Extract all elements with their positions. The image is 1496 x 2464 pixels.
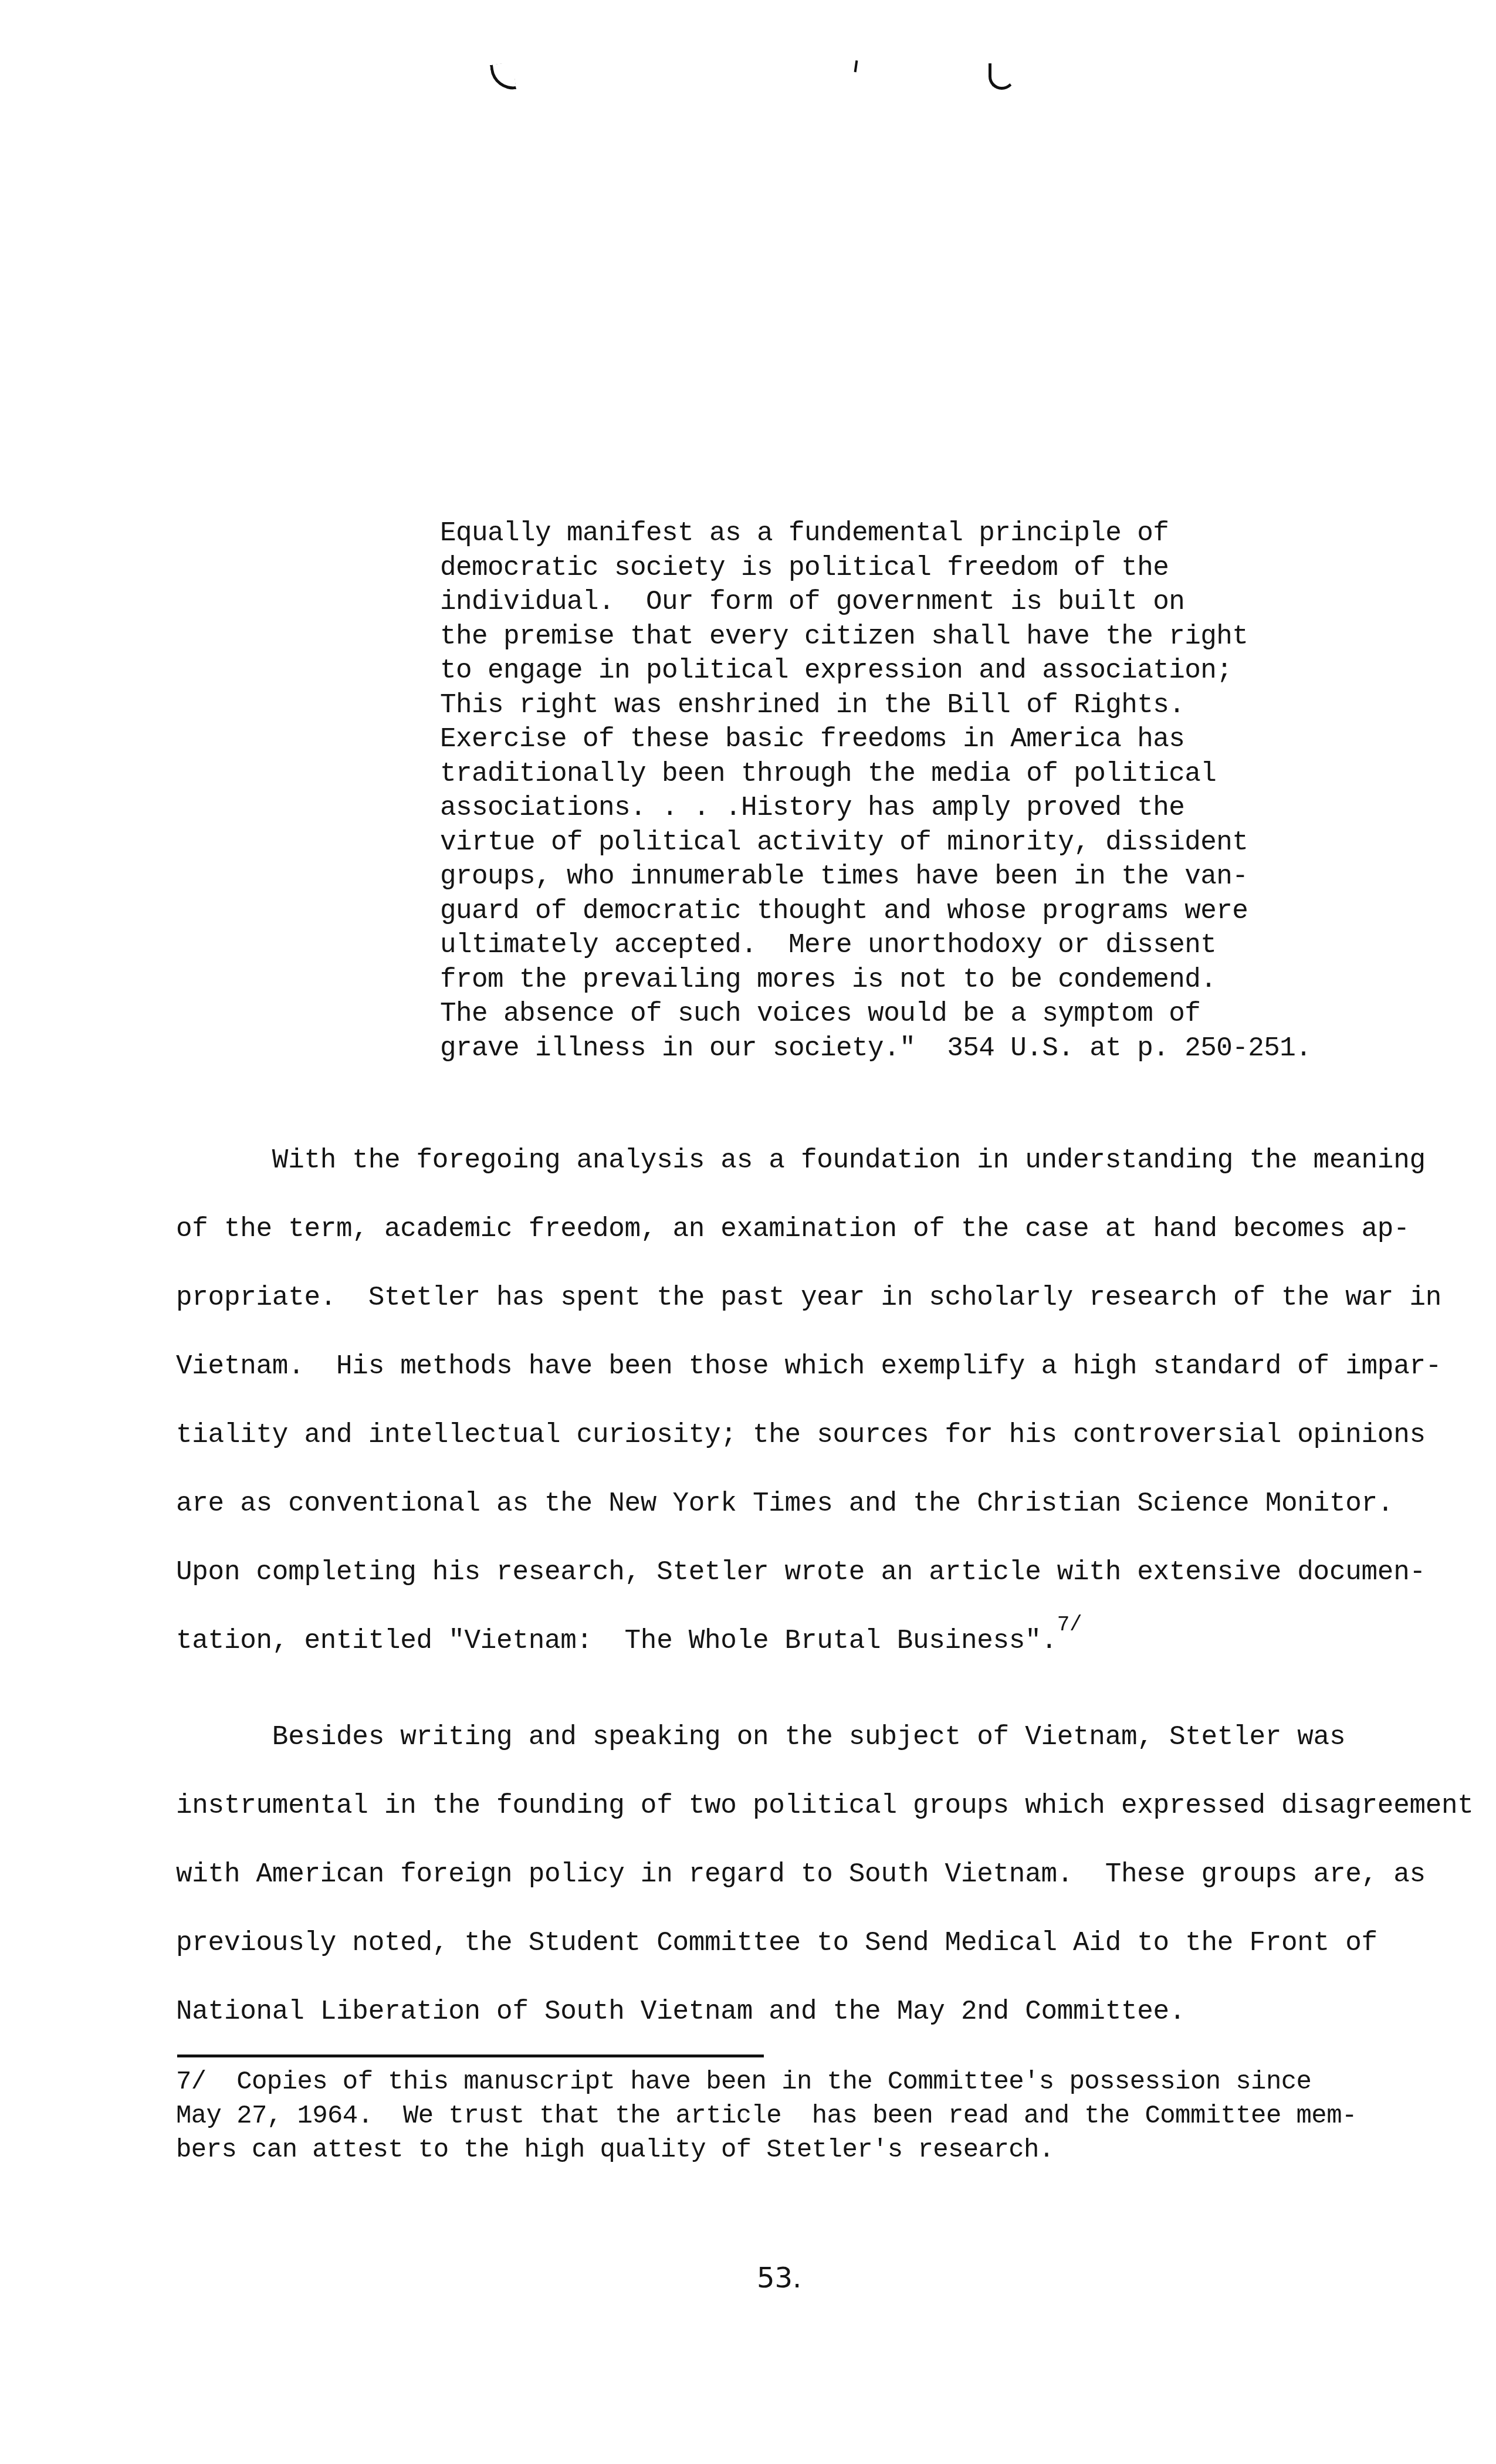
paragraph-line: Besides writing and speaking on the subj… bbox=[176, 1703, 1396, 1772]
quote-line: grave illness in our society." 354 U.S. … bbox=[440, 1031, 1332, 1066]
paragraph-line: propriate. Stetler has spent the past ye… bbox=[176, 1264, 1396, 1332]
quote-line: Equally manifest as a fundemental princi… bbox=[440, 516, 1332, 551]
quote-line: Exercise of these basic freedoms in Amer… bbox=[440, 722, 1332, 757]
scan-mark-tick bbox=[854, 60, 858, 72]
quote-line: from the prevailing mores is not to be c… bbox=[440, 963, 1332, 997]
quote-line: to engage in political expression and as… bbox=[440, 654, 1332, 688]
body-paragraph-1: With the foregoing analysis as a foundat… bbox=[176, 1126, 1396, 1677]
quote-line: groups, who innumerable times have been … bbox=[440, 859, 1332, 894]
footnote-divider bbox=[177, 2055, 764, 2057]
block-quote: Equally manifest as a fundemental princi… bbox=[440, 516, 1332, 1065]
paragraph-line: with American foreign policy in regard t… bbox=[176, 1840, 1396, 1909]
quote-line: guard of democratic thought and whose pr… bbox=[440, 894, 1332, 929]
body-paragraph-2: Besides writing and speaking on the subj… bbox=[176, 1703, 1396, 2046]
footnote: 7/ Copies of this manuscript have been i… bbox=[176, 2065, 1396, 2167]
paragraph-line: previously noted, the Student Committee … bbox=[176, 1909, 1396, 1978]
paragraph-line: tiality and intellectual curiosity; the … bbox=[176, 1401, 1396, 1470]
paragraph-line: Vietnam. His methods have been those whi… bbox=[176, 1332, 1396, 1401]
paragraph-line: instrumental in the founding of two poli… bbox=[176, 1772, 1396, 1840]
quote-line: ultimately accepted. Mere unorthodoxy or… bbox=[440, 928, 1332, 963]
quote-line: associations. . . .History has amply pro… bbox=[440, 791, 1332, 825]
quote-line: democratic society is political freedom … bbox=[440, 551, 1332, 585]
quote-line: individual. Our form of government is bu… bbox=[440, 585, 1332, 620]
quote-line: The absence of such voices would be a sy… bbox=[440, 997, 1332, 1031]
quote-line: traditionally been through the media of … bbox=[440, 757, 1332, 791]
quote-line: This right was enshrined in the Bill of … bbox=[440, 688, 1332, 723]
page-number: 53. bbox=[757, 2262, 801, 2294]
footnote-line: May 27, 1964. We trust that the article … bbox=[176, 2099, 1396, 2133]
paragraph-line-text: tation, entitled "Vietnam: The Whole Bru… bbox=[176, 1626, 1057, 1656]
scan-mark-right bbox=[989, 63, 1015, 90]
footnote-line: 7/ Copies of this manuscript have been i… bbox=[176, 2065, 1396, 2099]
paragraph-line: are as conventional as the New York Time… bbox=[176, 1470, 1396, 1538]
scan-mark-left bbox=[490, 62, 516, 93]
document-page: Equally manifest as a fundemental princi… bbox=[0, 0, 1496, 2464]
footnote-reference: 7/ bbox=[1057, 1613, 1082, 1637]
footnote-line: bers can attest to the high quality of S… bbox=[176, 2133, 1396, 2167]
paragraph-line: tation, entitled "Vietnam: The Whole Bru… bbox=[176, 1607, 1396, 1677]
paragraph-line: of the term, academic freedom, an examin… bbox=[176, 1195, 1396, 1264]
paragraph-line: National Liberation of South Vietnam and… bbox=[176, 1978, 1396, 2046]
quote-line: virtue of political activity of minority… bbox=[440, 825, 1332, 860]
paragraph-line: With the foregoing analysis as a foundat… bbox=[176, 1126, 1396, 1195]
quote-line: the premise that every citizen shall hav… bbox=[440, 620, 1332, 654]
paragraph-line: Upon completing his research, Stetler wr… bbox=[176, 1538, 1396, 1607]
